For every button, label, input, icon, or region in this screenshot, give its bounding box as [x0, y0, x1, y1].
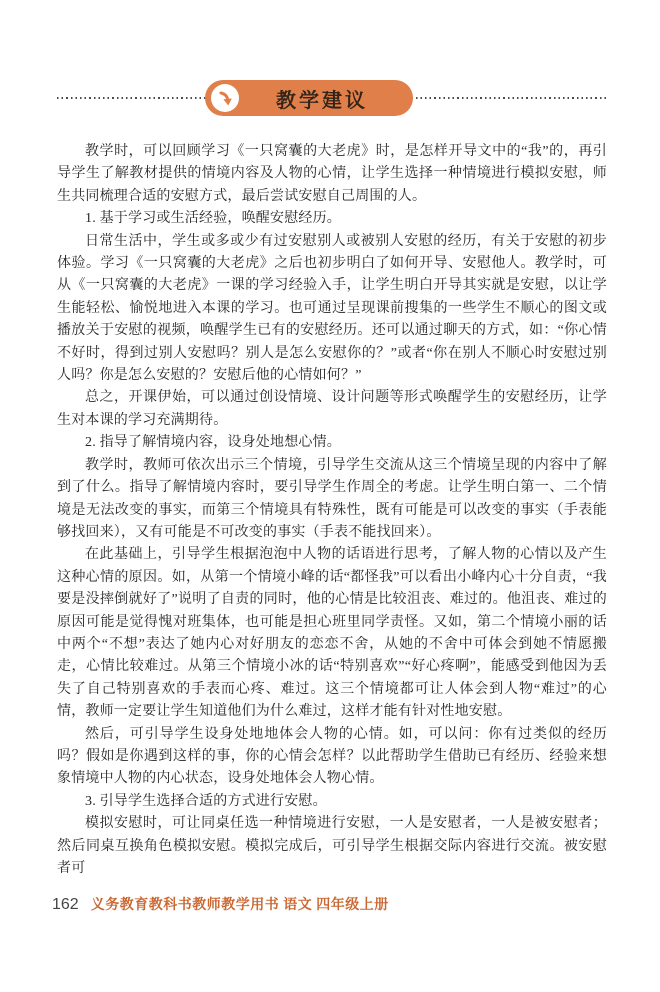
paragraph: 总之，开课伊始，可以通过创设情境、设计问题等形式唤醒学生的安慰经历，让学生对本课… — [57, 387, 607, 432]
header-banner: 教学建议 — [205, 80, 413, 116]
document-page: 教学建议 教学时，可以回顾学习《一只窝囊的大老虎》时，是怎样开导文中的“我”的，… — [0, 0, 660, 992]
paragraph: 教学时，教师可依次出示三个情境，引导学生交流从这三个情境呈现的内容中了解到了什么… — [57, 455, 607, 545]
item-heading: 2. 指导了解情境内容，设身处地想心情。 — [57, 432, 607, 454]
paragraph: 模拟安慰时，可让同桌任选一种情境进行安慰，一人是安慰者，一人是被安慰者；然后同桌… — [57, 813, 607, 880]
paragraph: 在此基础上，引导学生根据泡泡中人物的话语进行思考，了解人物的心情以及产生这种心情… — [57, 544, 607, 723]
page-body-text: 教学时，可以回顾学习《一只窝囊的大老虎》时，是怎样开导文中的“我”的，再引导学生… — [57, 141, 607, 880]
item-heading: 1. 基于学习或生活经验，唤醒安慰经历。 — [57, 208, 607, 230]
item-heading: 3. 引导学生选择合适的方式进行安慰。 — [57, 791, 607, 813]
paragraph: 日常生活中，学生或多或少有过安慰别人或被别人安慰的经历，有关于安慰的初步体验。学… — [57, 231, 607, 388]
banner-label: 教学建议 — [239, 84, 413, 113]
book-title: 义务教育教科书教师教学用书 语文 四年级上册 — [91, 894, 389, 914]
paragraph: 教学时，可以回顾学习《一只窝囊的大老虎》时，是怎样开导文中的“我”的，再引导学生… — [57, 141, 607, 208]
curved-down-arrow-icon — [211, 84, 239, 112]
paragraph: 然后，可引导学生设身处地地体会人物的心情。如，可以问：你有过类似的经历吗？假如是… — [57, 724, 607, 791]
page-footer: 162 义务教育教科书教师教学用书 语文 四年级上册 — [52, 894, 389, 914]
section-header: 教学建议 — [0, 80, 660, 120]
page-number: 162 — [52, 896, 79, 914]
